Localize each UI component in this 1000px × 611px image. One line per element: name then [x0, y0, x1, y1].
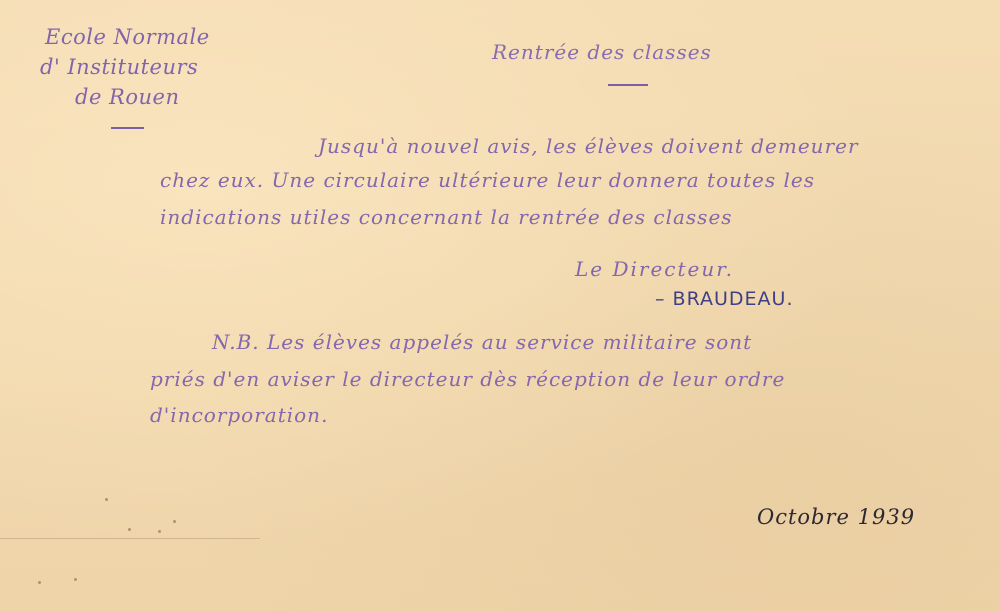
- document-date: Octobre 1939: [757, 505, 915, 529]
- paper-crease: [0, 538, 260, 539]
- paper-speck: [74, 578, 77, 581]
- letterhead-line-school: Ecole Normale: [40, 22, 210, 52]
- letterhead: Ecole Normale d' Instituteurs de Rouen: [40, 22, 210, 112]
- note-line: priés d'en aviser le directeur dès récep…: [150, 367, 785, 391]
- document-page: Ecole Normale d' Instituteurs de Rouen R…: [0, 0, 1000, 611]
- document-title: Rentrée des classes: [492, 40, 712, 64]
- paragraph-line: indications utiles concernant la rentrée…: [160, 205, 733, 229]
- signature-name: – BRAUDEAU.: [655, 288, 794, 310]
- signatory-title: Le Directeur.: [575, 257, 734, 281]
- paragraph-line: chez eux. Une circulaire ultérieure leur…: [160, 168, 815, 192]
- letterhead-line-city: de Rouen: [40, 82, 210, 112]
- title-underline: [608, 84, 648, 86]
- paper-speck: [158, 530, 161, 533]
- paragraph-line: Jusqu'à nouvel avis, les élèves doivent …: [318, 134, 859, 158]
- paper-speck: [38, 581, 41, 584]
- paper-speck: [173, 520, 176, 523]
- paper-speck: [105, 498, 108, 501]
- note-line: N.B. Les élèves appelés au service milit…: [212, 330, 752, 354]
- note-line: d'incorporation.: [150, 403, 328, 427]
- letterhead-line-instituteurs: d' Instituteurs: [40, 52, 210, 82]
- letterhead-underline: [111, 127, 144, 129]
- paper-speck: [128, 528, 131, 531]
